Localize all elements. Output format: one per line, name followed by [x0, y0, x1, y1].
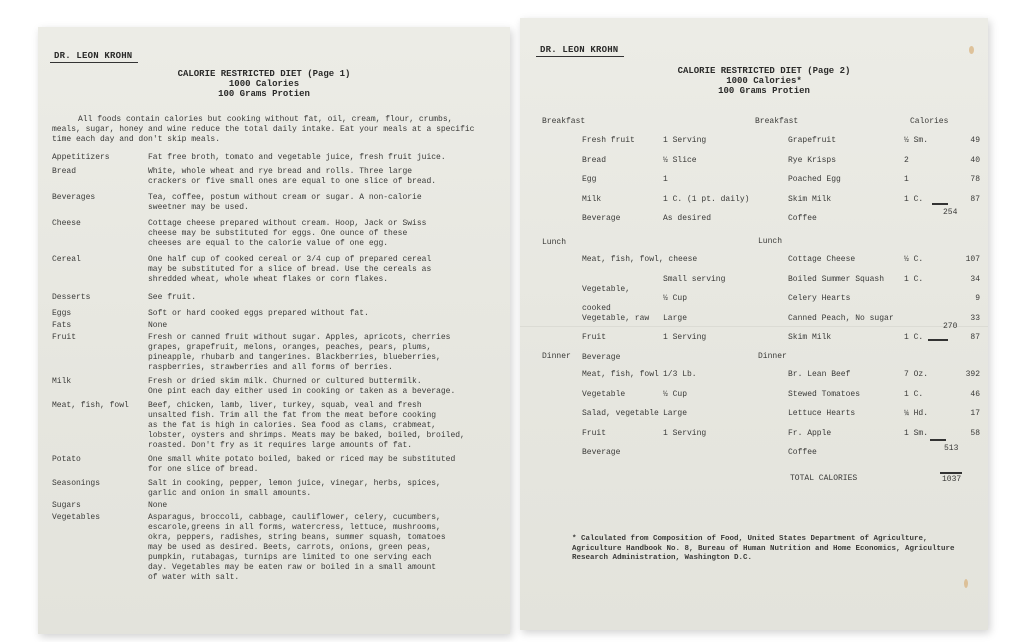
food-row: CerealOne half cup of cooked cereal or 3…: [52, 255, 492, 285]
food-description: Fat free broth, tomato and vegetable jui…: [148, 153, 492, 163]
sample-calories: 78: [940, 170, 980, 189]
sample-item: Lettuce Hearts: [788, 404, 904, 423]
sample-amount: 2: [904, 151, 940, 170]
food-category: Desserts: [52, 293, 148, 303]
plan-item: Bread: [582, 151, 663, 170]
sample-calories: 34: [940, 270, 980, 289]
plan-amount: Large: [663, 404, 773, 423]
food-row: Meat, fish, fowlBeef, chicken, lamb, liv…: [52, 401, 492, 451]
food-row: FatsNone: [52, 321, 492, 331]
food-category: Vegetables: [52, 513, 148, 583]
food-description: Asparagus, broccoli, cabbage, cauliflowe…: [148, 513, 492, 583]
sample-amount: 7 Oz.: [904, 365, 940, 384]
food-category: Fats: [52, 321, 148, 331]
plan-amount: 1/3 Lb.: [663, 365, 773, 384]
food-category: Fruit: [52, 333, 148, 373]
sample-amount: 1: [904, 170, 940, 189]
plan-amount: ½ Cup: [663, 385, 773, 404]
plan-row: Milk1 C. (1 pt. daily): [582, 190, 773, 210]
sample-row: Poached Egg178: [788, 170, 980, 190]
footnote: * Calculated from Composition of Food, U…: [572, 535, 972, 564]
sample-item: Br. Lean Beef: [788, 365, 904, 384]
sample-item: Coffee: [788, 209, 904, 228]
food-category-list: AppetitizersFat free broth, tomato and v…: [52, 149, 492, 583]
sample-amount: ¼ Hd.: [904, 404, 940, 423]
protein-line: 100 Grams Protien: [18, 89, 510, 99]
food-description: Beef, chicken, lamb, liver, turkey, squa…: [148, 401, 492, 451]
plan-item: Vegetable, raw: [582, 309, 663, 328]
sample-amount: ½ C.: [904, 250, 940, 269]
food-description: Fresh or dried skim milk. Churned or cul…: [148, 377, 492, 397]
breakfast-subtotal: 254: [943, 208, 957, 217]
doctor-name: DR. LEON KROHN: [50, 51, 138, 63]
calories-line: 1000 Calories: [18, 79, 510, 89]
plan-item: Beverage: [582, 348, 663, 367]
sample-row: Fr. Apple1 Sm.58: [788, 424, 980, 444]
sample-item: Skim Milk: [788, 328, 904, 347]
food-row: BreadWhite, whole wheat and rye bread an…: [52, 167, 492, 187]
food-category: Cereal: [52, 255, 148, 285]
food-description: White, whole wheat and rye bread and rol…: [148, 167, 492, 187]
plan-amount: ½ Cup: [663, 289, 773, 308]
total-calories-label: TOTAL CALORIES: [790, 474, 857, 483]
diet-page-1: DR. LEON KROHN CALORIE RESTRICTED DIET (…: [38, 27, 510, 634]
food-row: VegetablesAsparagus, broccoli, cabbage, …: [52, 513, 492, 583]
plan-item: Fruit: [582, 328, 663, 347]
sample-item: Grapefruit: [788, 131, 904, 150]
food-row: DessertsSee fruit.: [52, 293, 492, 303]
food-description: One half cup of cooked cereal or 3/4 cup…: [148, 255, 492, 285]
food-description: Fresh or canned fruit without sugar. App…: [148, 333, 492, 373]
food-category: Potato: [52, 455, 148, 475]
food-category: Meat, fish, fowl: [52, 401, 148, 451]
food-description: Soft or hard cooked eggs prepared withou…: [148, 309, 492, 319]
food-category: Seasonings: [52, 479, 148, 499]
food-row: PotatoOne small white potato boiled, bak…: [52, 455, 492, 475]
sample-item: Rye Krisps: [788, 151, 904, 170]
food-category: Sugars: [52, 501, 148, 511]
sample-row: Celery Hearts9: [788, 289, 980, 309]
food-description: None: [148, 501, 492, 511]
sample-calories: 49: [940, 131, 980, 150]
food-category: Milk: [52, 377, 148, 397]
sample-calories: 40: [940, 151, 980, 170]
sample-calories: 9: [940, 289, 980, 308]
plan-item: Milk: [582, 190, 663, 209]
calories-line: 1000 Calories*: [540, 76, 988, 86]
sample-calories: 17: [940, 404, 980, 423]
plan-item: Fresh fruit: [582, 131, 663, 150]
plan-item: Salad, vegetable: [582, 404, 663, 423]
page-title: CALORIE RESTRICTED DIET (Page 1) 1000 Ca…: [18, 69, 510, 99]
food-category: Eggs: [52, 309, 148, 319]
sample-amount: 1 C.: [904, 385, 940, 404]
subtotal-rule: [928, 339, 948, 341]
sample-item: Fr. Apple: [788, 424, 904, 443]
food-row: BeveragesTea, coffee, postum without cre…: [52, 193, 492, 213]
sample-row: Rye Krisps240: [788, 151, 980, 171]
food-category: Beverages: [52, 193, 148, 213]
food-category: Bread: [52, 167, 148, 187]
protein-line: 100 Grams Protien: [540, 86, 988, 96]
subtotal-rule: [930, 439, 946, 441]
sample-amount: ½ Sm.: [904, 131, 940, 150]
sample-row: Grapefruit½ Sm.49: [788, 131, 980, 151]
plan-row: Beverage: [582, 443, 773, 463]
plan-row: Fresh fruit1 Serving: [582, 131, 773, 151]
plan-row: Meat, fish, fowl1/3 Lb.: [582, 365, 773, 385]
plan-row: Vegetable½ Cup: [582, 385, 773, 405]
sample-row: Cottage Cheese½ C.107: [788, 250, 980, 270]
sample-meal-label: Lunch: [758, 237, 782, 246]
sample-calories: 87: [940, 190, 980, 209]
sample-calories: 392: [940, 365, 980, 384]
plan-amount: 1 Serving: [663, 424, 773, 443]
plan-amount: Small serving: [663, 270, 773, 289]
plan-item: Meat, fish, fowl, cheese: [582, 250, 782, 269]
plan-row: Bread½ Slice: [582, 151, 773, 171]
food-category: Appetitizers: [52, 153, 148, 163]
total-rule: [940, 472, 962, 474]
sample-meal-label: Breakfast: [755, 117, 798, 126]
plan-amount: As desired: [663, 209, 773, 228]
plan-row: Egg1: [582, 170, 773, 190]
food-row: FruitFresh or canned fruit without sugar…: [52, 333, 492, 373]
sample-amount: 1 C.: [904, 270, 940, 289]
intro-paragraph: All foods contain calories but cooking w…: [52, 115, 482, 145]
plan-item: Egg: [582, 170, 663, 189]
sample-item: Stewed Tomatoes: [788, 385, 904, 404]
sample-row: Lettuce Hearts¼ Hd.17: [788, 404, 980, 424]
diet-page-2: DR. LEON KROHN CALORIE RESTRICTED DIET (…: [520, 18, 988, 630]
plan-row: BeverageAs desired: [582, 209, 773, 229]
food-description: None: [148, 321, 492, 331]
sample-row: Canned Peach, No sugar33: [788, 309, 980, 329]
plan-item: Beverage: [582, 443, 663, 462]
calories-header: Calories: [910, 117, 948, 126]
food-description: Salt in cooking, pepper, lemon juice, vi…: [148, 479, 492, 499]
plan-amount: ½ Slice: [663, 151, 773, 170]
food-row: MilkFresh or dried skim milk. Churned or…: [52, 377, 492, 397]
breakfast-plan: Fresh fruit1 ServingBread½ SliceEgg1Milk…: [582, 131, 773, 229]
food-row: EggsSoft or hard cooked eggs prepared wi…: [52, 309, 492, 319]
paper-stain: [964, 579, 968, 588]
food-row: SugarsNone: [52, 501, 492, 511]
dinner-plan: Meat, fish, fowl1/3 Lb.Vegetable½ CupSal…: [582, 365, 773, 463]
lunch-sample: Cottage Cheese½ C.107Boiled Summer Squas…: [788, 250, 980, 348]
sample-calories: 58: [940, 424, 980, 443]
plan-item: Beverage: [582, 209, 663, 228]
food-description: Cottage cheese prepared without cream. H…: [148, 219, 492, 249]
sample-row: Boiled Summer Squash1 C.34: [788, 270, 980, 290]
dinner-subtotal: 513: [944, 444, 958, 453]
food-category: Cheese: [52, 219, 148, 249]
sample-calories: 87: [940, 328, 980, 347]
sample-row: Skim Milk1 C.87: [788, 190, 980, 210]
food-row: AppetitizersFat free broth, tomato and v…: [52, 153, 492, 163]
page-title: CALORIE RESTRICTED DIET (Page 2) 1000 Ca…: [540, 66, 988, 96]
sample-item: Poached Egg: [788, 170, 904, 189]
sample-amount: 1 C.: [904, 328, 940, 347]
plan-meal-label: Lunch: [542, 238, 566, 247]
sample-calories: 107: [940, 250, 980, 269]
sample-item: Coffee: [788, 443, 904, 462]
food-row: CheeseCottage cheese prepared without cr…: [52, 219, 492, 249]
plan-meal-label: Dinner: [542, 352, 571, 361]
plan-amount: Large: [663, 309, 773, 328]
doctor-name: DR. LEON KROHN: [536, 45, 624, 57]
sample-item: Canned Peach, No sugar: [788, 309, 904, 328]
plan-amount: 1: [663, 170, 773, 189]
sample-amount: 1 C.: [904, 190, 940, 209]
sample-row: Br. Lean Beef7 Oz.392: [788, 365, 980, 385]
plan-row: Fruit1 Serving: [582, 424, 773, 444]
plan-meal-label: Breakfast: [542, 117, 585, 126]
sample-item: Cottage Cheese: [788, 250, 904, 269]
food-description: Tea, coffee, postum without cream or sug…: [148, 193, 492, 213]
paper-stain: [969, 46, 974, 54]
food-description: One small white potato boiled, baked or …: [148, 455, 492, 475]
sample-row: Stewed Tomatoes1 C.46: [788, 385, 980, 405]
sample-item: Celery Hearts: [788, 289, 904, 308]
title-line: CALORIE RESTRICTED DIET (Page 1): [18, 69, 510, 79]
plan-amount: 1 C. (1 pt. daily): [663, 190, 773, 209]
sample-item: Boiled Summer Squash: [788, 270, 904, 289]
title-line: CALORIE RESTRICTED DIET (Page 2): [540, 66, 988, 76]
food-row: SeasoningsSalt in cooking, pepper, lemon…: [52, 479, 492, 499]
lunch-subtotal: 270: [943, 322, 957, 331]
plan-row: Salad, vegetableLarge: [582, 404, 773, 424]
plan-item: Vegetable: [582, 385, 663, 404]
sample-item: Skim Milk: [788, 190, 904, 209]
total-calories-value: 1037: [942, 475, 961, 484]
food-description: See fruit.: [148, 293, 492, 303]
plan-amount: 1 Serving: [663, 328, 773, 347]
plan-item: Meat, fish, fowl: [582, 365, 663, 384]
subtotal-rule: [932, 203, 948, 205]
plan-item: Fruit: [582, 424, 663, 443]
plan-amount: 1 Serving: [663, 131, 773, 150]
sample-calories: 46: [940, 385, 980, 404]
